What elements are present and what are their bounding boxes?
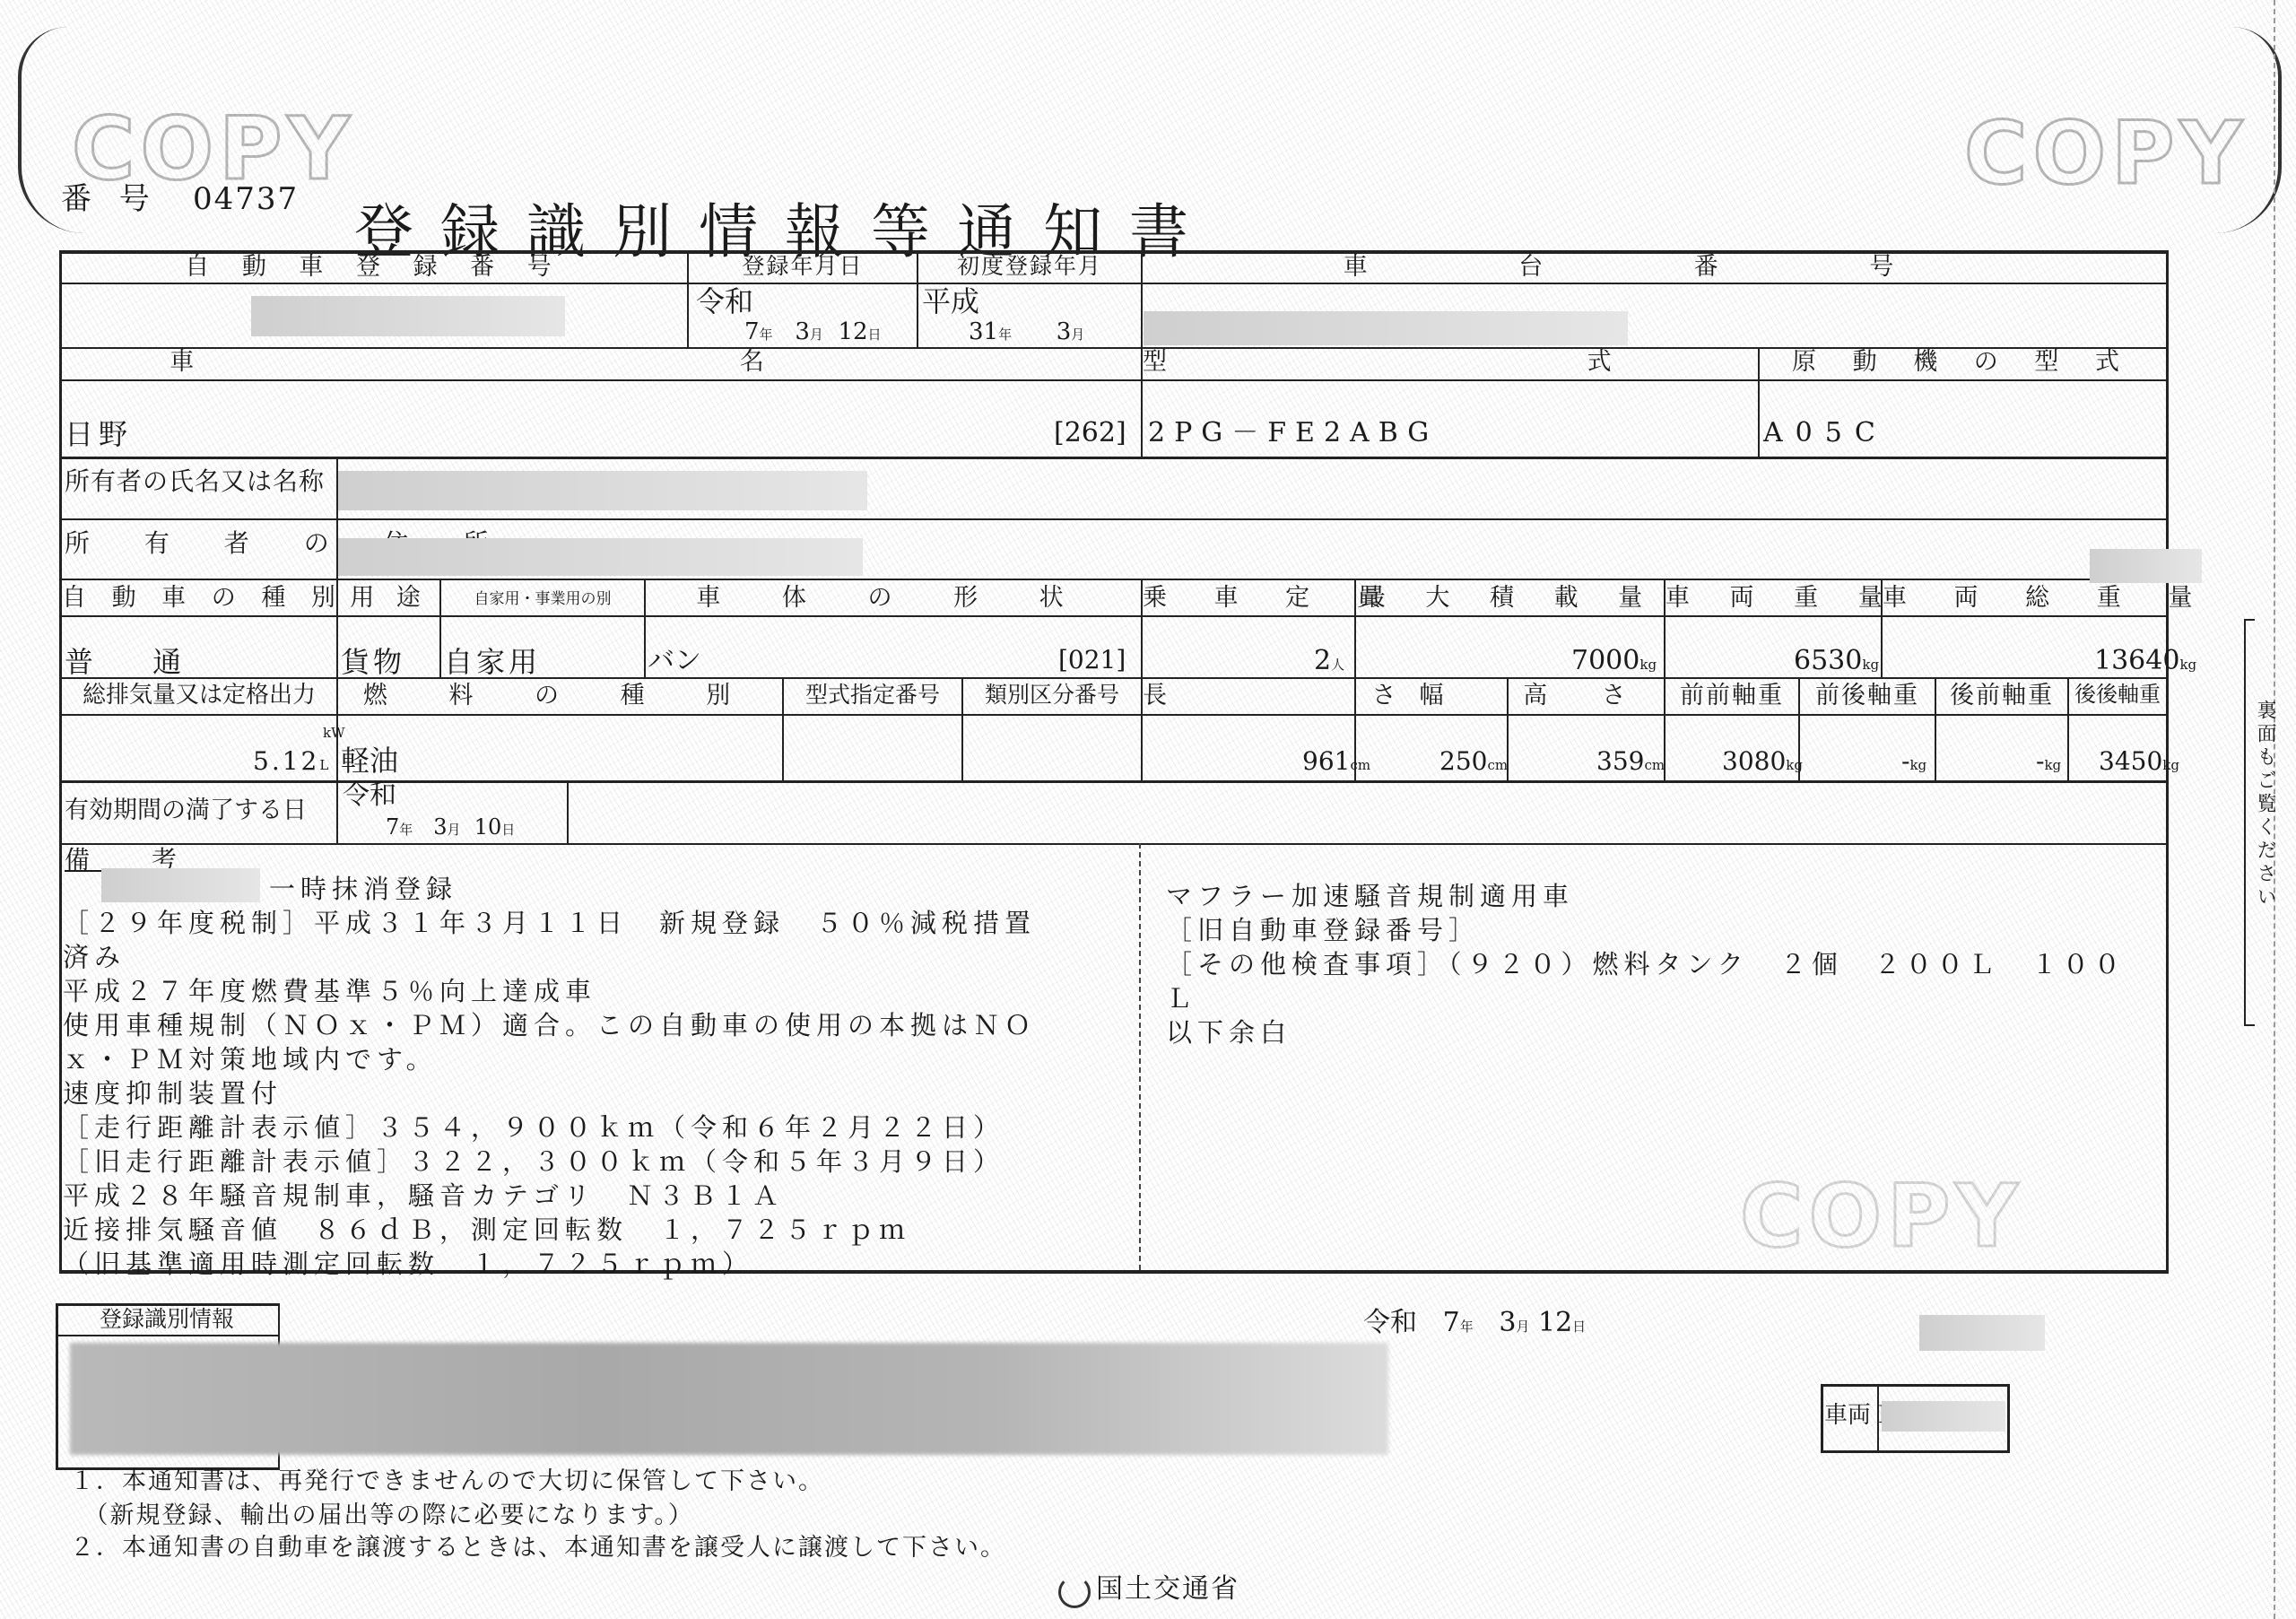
- rear-front-axle-value: -kg: [2036, 749, 2061, 774]
- expiry-date-label: 有効期間の満了する日: [65, 798, 307, 823]
- registration-number-redacted: [251, 296, 565, 336]
- first-registration-date: 31年 3月: [969, 320, 1084, 344]
- registration-number-label: 自 動 車 登 録 番 号: [62, 255, 687, 279]
- body-shape-value: バン: [648, 648, 701, 675]
- remarks-line: （旧基準適用時測定回転数 １，７２５ｒｐｍ）: [63, 1247, 753, 1281]
- width-value: 250cm: [1439, 749, 1508, 774]
- capacity-label: 乗 車 定 員: [1143, 586, 1354, 610]
- vehicle-type-value: 普 通: [65, 648, 206, 676]
- chassis-number-redacted: [1144, 311, 1628, 345]
- notice-line: （新規登録、輸出の届出等の際に必要になります。）: [70, 1503, 694, 1528]
- front-front-axle-label: 前前軸重: [1665, 683, 1798, 708]
- vehicle-id-redacted: [1882, 1401, 2005, 1432]
- max-load-value: 7000kg: [1571, 648, 1657, 675]
- issuer-name: 国土交通省: [1096, 1576, 1239, 1603]
- use-label: 用 途: [338, 586, 439, 610]
- length-value: 961cm: [1302, 749, 1370, 774]
- expiry-date-era: 令和: [343, 782, 396, 809]
- document-number: 04737: [193, 184, 299, 214]
- fuel-type-label: 燃 料 の 種 別: [338, 683, 782, 708]
- registration-date: 7年 3月 12日: [744, 320, 882, 344]
- remarks-right-line: ［その他検査事項］（９２０）燃料タンク ２個 ２００Ｌ １００: [1166, 947, 2126, 981]
- notice-line: １．本通知書は、再発行できませんので大切に保管して下さい。: [70, 1469, 824, 1493]
- side-note: 裏面もご覧ください: [2251, 700, 2279, 910]
- copy-watermark-bottom: COPY: [1740, 1166, 2023, 1266]
- remarks-line: 平成２８年騒音規制車，騒音カテゴリ Ｎ３Ｂ１Ａ: [63, 1179, 784, 1213]
- expiry-date: 7年 3月 10日: [386, 816, 515, 838]
- remarks-line: ［２９年度税制］平成３１年３月１１日 新規登録 ５０％減税措置: [63, 906, 1036, 940]
- owner-name-label: 所有者の氏名又は名称: [65, 469, 325, 494]
- remarks-line: 一時抹消登録: [269, 872, 457, 906]
- private-business-value: 自家用: [444, 648, 541, 676]
- width-label: 幅: [1356, 683, 1507, 708]
- front-front-axle-value: 3080kg: [1722, 749, 1803, 774]
- remarks-line: ［旧走行距離計表示値］３２２，３００ｋｍ（令和５年３月９日）: [63, 1145, 1004, 1179]
- registration-date-label: 登録年月日: [689, 255, 917, 277]
- gross-weight-label: 車 両 総 重 量: [1883, 586, 2166, 610]
- vehicle-name: 日野: [65, 420, 133, 448]
- front-rear-axle-value: -kg: [1901, 749, 1926, 774]
- type-designation-number-label: 型式指定番号: [784, 683, 961, 706]
- remarks-right-line: マフラー加速騒音規制適用車: [1166, 879, 1574, 913]
- issuer-redacted: [1919, 1315, 2045, 1351]
- fuel-type-value: 軽油: [341, 746, 398, 775]
- engine-model-value: A05C: [1763, 420, 1888, 447]
- remarks-line: 済み: [63, 940, 126, 974]
- model-label: 型 式: [1143, 350, 1758, 374]
- chassis-number-label: 車 台 番 号: [1143, 255, 2166, 279]
- vehicle-weight-value: 6530kg: [1794, 648, 1879, 675]
- engine-model-label: 原 動 機 の 型 式: [1760, 350, 2166, 374]
- remarks-line: 近接排気騒音値 ８６ｄＢ，測定回転数 １，７２５ｒｐｍ: [63, 1213, 910, 1247]
- first-registration-label: 初度登録年月: [918, 255, 1141, 277]
- remarks-right-line: ［旧自動車登録番号］: [1166, 913, 1480, 947]
- vehicle-name-code: [262]: [1054, 420, 1126, 447]
- first-registration-era: 平成: [922, 287, 979, 316]
- category-number-label: 類別区分番号: [963, 683, 1141, 706]
- owner-address-extra-redacted: [2090, 549, 2202, 583]
- registration-date-era: 令和: [696, 287, 753, 316]
- height-value: 359cm: [1596, 749, 1665, 774]
- rear-rear-axle-value: 3450kg: [2099, 749, 2179, 774]
- model-value: 2PG－FE2ABG: [1148, 420, 1438, 447]
- capacity-value: 2人: [1314, 648, 1344, 675]
- displacement-value: 5.12L: [253, 749, 331, 774]
- issue-date: 令和 7年 3月 12日: [1363, 1310, 1586, 1336]
- use-value: 貨物: [341, 648, 405, 676]
- remarks-line: 使用車種規制（ＮＯｘ・ＰＭ）適合。この自動車の使用の本拠はＮＯ: [63, 1008, 1036, 1042]
- rear-front-axle-label: 後前軸重: [1936, 683, 2067, 708]
- remarks-right-line: Ｌ: [1166, 981, 1197, 1015]
- body-shape-label: 車 体 の 形 状: [646, 586, 1141, 610]
- owner-address-redacted: [338, 538, 863, 576]
- height-label: 高 さ: [1509, 683, 1664, 708]
- vehicle-weight-label: 車 両 重 量: [1665, 586, 1881, 610]
- front-rear-axle-label: 前後軸重: [1800, 683, 1935, 708]
- registration-info-label: 登録識別情報: [56, 1308, 278, 1330]
- private-business-label: 自家用・事業用の別: [441, 592, 644, 607]
- remarks-line: ［走行距離計表示値］３５４，９００ｋｍ（令和６年２月２２日）: [63, 1110, 1004, 1145]
- remarks-line: 平成２７年度燃費基準５％向上達成車: [63, 974, 596, 1008]
- displacement-label: 総排気量又は定格出力: [62, 683, 336, 707]
- length-label: 長 さ: [1143, 683, 1354, 708]
- registration-info-redacted: [70, 1343, 1388, 1455]
- remarks-line: 速度抑制装置付: [63, 1076, 283, 1110]
- mlit-logo-icon: [1058, 1576, 1091, 1608]
- max-load-label: 最 大 積 載 量: [1356, 586, 1664, 610]
- copy-watermark-right: COPY: [1964, 103, 2248, 204]
- vehicle-name-label: 車 名: [62, 350, 1141, 374]
- rear-rear-axle-label: 後後軸重: [2069, 683, 2166, 705]
- remarks-right-line: 以下余白: [1166, 1015, 1291, 1049]
- remarks-line: ｘ・ＰＭ対策地域内です。: [63, 1042, 438, 1076]
- body-shape-code: [021]: [1058, 648, 1126, 673]
- displacement-unit-kw: kW: [323, 727, 345, 740]
- remarks-redacted: [101, 868, 260, 902]
- owner-name-redacted: [338, 471, 867, 510]
- notice-line: ２．本通知書の自動車を譲渡するときは、本通知書を譲受人に譲渡して下さい。: [70, 1536, 1006, 1560]
- gross-weight-value: 13640kg: [2094, 648, 2196, 675]
- vehicle-type-label: 自 動 車 の 種 別: [62, 586, 336, 610]
- document-number-label: 番 号: [61, 184, 159, 214]
